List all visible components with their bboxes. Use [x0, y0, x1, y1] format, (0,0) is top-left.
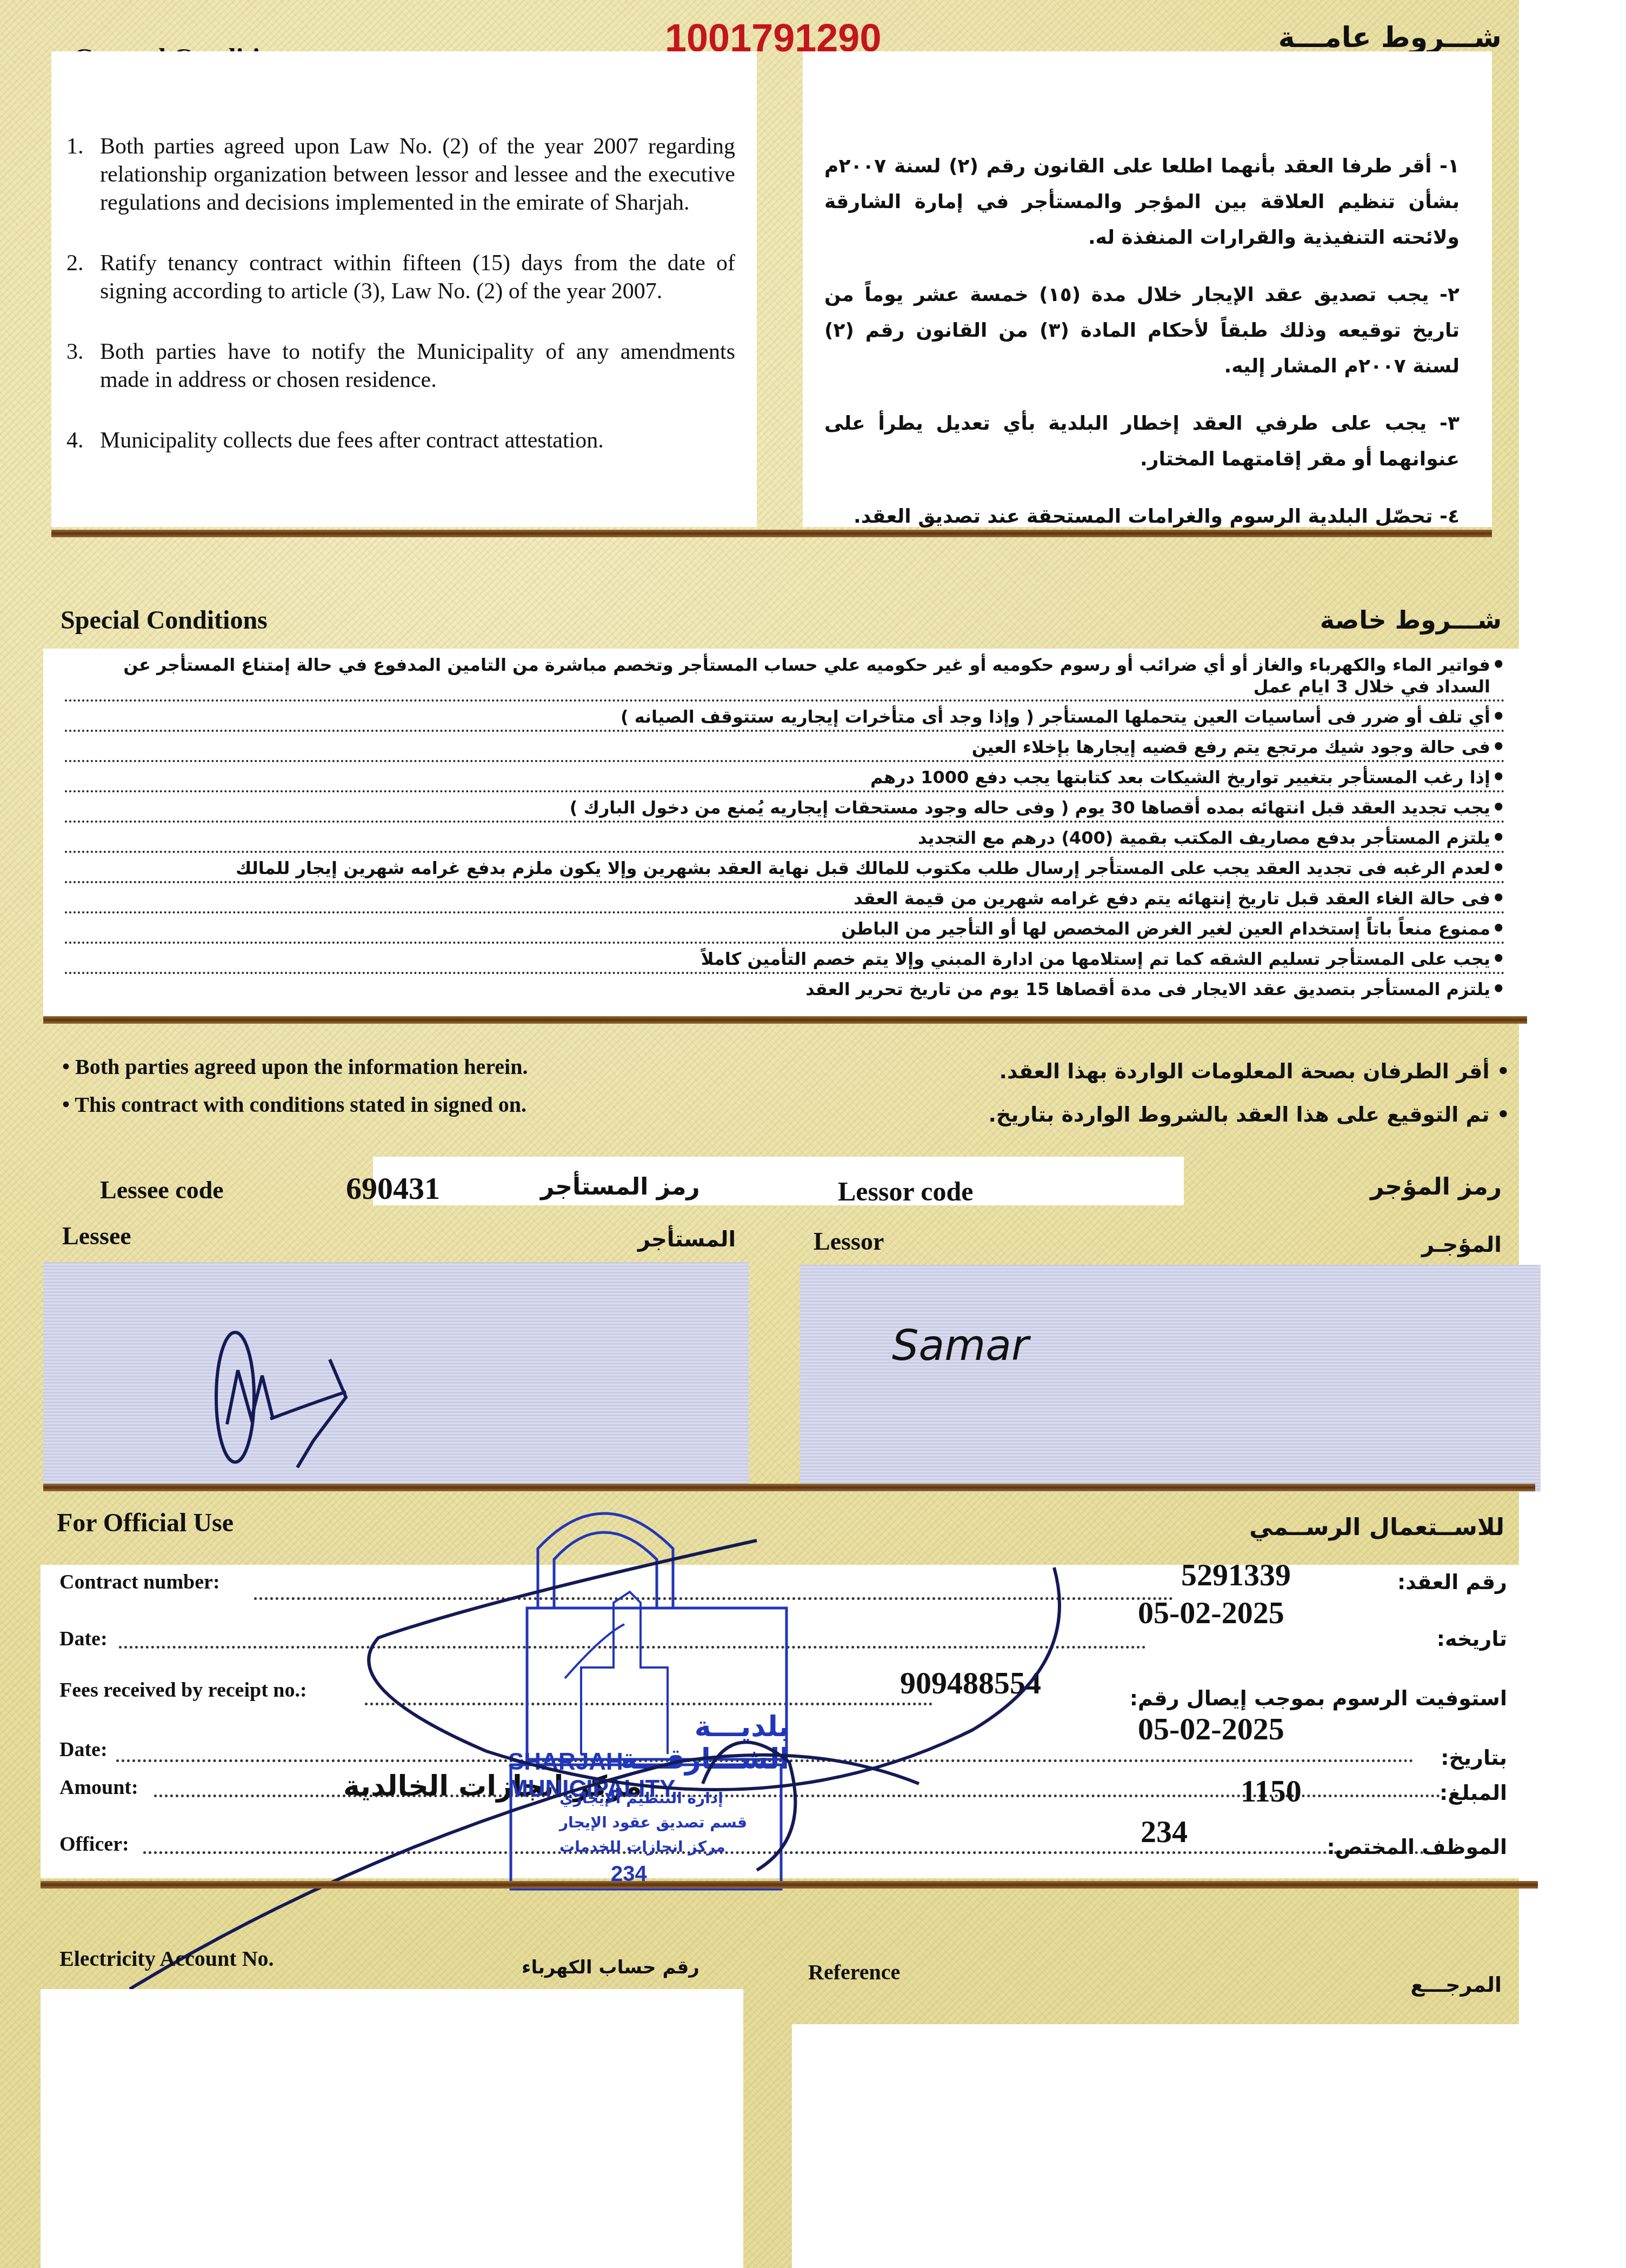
special-conditions-box: فواتير الماء والكهرباء والغاز أو أي ضرائ… — [43, 649, 1527, 1016]
electricity-account-field[interactable] — [41, 1989, 743, 2268]
lessee-code-label-ar: رمز المستأجر — [541, 1173, 700, 1200]
general-condition-en-4: Municipality collects due fees after con… — [89, 426, 735, 455]
lessor-label-ar: المؤجـر — [1422, 1232, 1502, 1257]
divider — [51, 530, 1492, 537]
lessor-label: Lessor — [814, 1227, 884, 1256]
general-conditions-ar-box: ١- أقر طرفا العقد بأنهما اطلعا على القان… — [803, 51, 1492, 527]
special-condition: يجب على المستأجر تسليم الشقه كما تم إستل… — [65, 948, 1505, 974]
electricity-account-label-en: Electricity Account No. — [59, 1946, 274, 1971]
special-condition: إذا رغب المستأجر بتغيير تواريخ الشيكات ب… — [65, 766, 1505, 792]
electricity-account-label-ar: رقم حساب الكهرباء — [522, 1957, 699, 1978]
general-condition-en-3: Both parties have to notify the Municipa… — [89, 338, 735, 394]
lessor-code-label: Lessor code — [838, 1176, 973, 1207]
lessee-signature-box — [43, 1262, 749, 1489]
lessor-code-value — [1027, 1173, 1178, 1200]
special-conditions-title-en: Special Conditions — [61, 605, 268, 635]
lessee-label: Lessee — [62, 1222, 131, 1250]
lessee-label-ar: المستأجر — [638, 1227, 736, 1252]
special-condition: يجب تجديد العقد قبل انتهائه بمده أقصاها … — [65, 797, 1505, 823]
special-condition: فى حالة الغاء العقد قبل تاريخ إنتهائه يت… — [65, 888, 1505, 913]
lessee-code-value: 690431 — [346, 1170, 440, 1206]
special-condition: يلتزم المستأجر بدفع مصاريف المكتب بقمية … — [65, 827, 1505, 853]
special-conditions-title-ar: شـــروط خاصة — [1320, 605, 1502, 635]
lessee-code-label: Lessee code — [100, 1176, 224, 1204]
reference-field[interactable] — [792, 2024, 1522, 2268]
general-condition-ar-1: ١- أقر طرفا العقد بأنهما اطلعا على القان… — [824, 149, 1460, 256]
divider — [41, 1881, 1538, 1889]
general-condition-en-1: Both parties agreed upon Law No. (2) of … — [89, 132, 735, 217]
agreement-ar-2: • تم التوقيع على هذا العقد بالشروط الوار… — [988, 1103, 1510, 1126]
reference-label-en: Reference — [808, 1959, 900, 1985]
general-conditions-en-box: Both parties agreed upon Law No. (2) of … — [51, 51, 757, 527]
reference-label-ar: المرجـــع — [1410, 1973, 1502, 1997]
special-condition: أي تلف أو ضرر فى أساسيات العين يتحملها ا… — [65, 706, 1505, 732]
lessee-signature-icon — [43, 1262, 749, 1489]
special-condition: يلتزم المستأجر بتصديق عقد الايجار فى مدة… — [65, 978, 1505, 1002]
lessor-signature-box: Samar — [800, 1265, 1541, 1492]
agreement-en-2: • This contract with conditions stated i… — [62, 1092, 527, 1117]
agreement-ar-1: • أقر الطرفان بصحة المعلومات الواردة بهذ… — [999, 1059, 1510, 1083]
divider — [43, 1016, 1527, 1024]
lessor-code-label-ar: رمز المؤجر — [1370, 1173, 1502, 1200]
general-conditions-title-ar: شـــروط عامـــة — [1278, 22, 1502, 54]
general-condition-ar-2: ٢- يجب تصديق عقد الإيجار خلال مدة (١٥) خ… — [824, 277, 1460, 384]
agreement-en-1: • Both parties agreed upon the informati… — [62, 1054, 528, 1079]
general-condition-en-2: Ratify tenancy contract within fifteen (… — [89, 249, 735, 305]
special-condition: فواتير الماء والكهرباء والغاز أو أي ضرائ… — [65, 654, 1505, 702]
lessor-signature: Samar — [892, 1322, 1029, 1370]
general-condition-ar-3: ٣- يجب على طرفي العقد إخطار البلدية بأي … — [824, 406, 1460, 477]
special-condition: ممنوع منعاً باتاً إستخدام العين لغير الغ… — [65, 918, 1505, 944]
special-condition: لعدم الرغبه فى تجديد العقد يجب على المست… — [65, 857, 1505, 883]
special-condition: فى حالة وجود شيك مرتجع يتم رفع قضيه إيجا… — [65, 736, 1505, 762]
